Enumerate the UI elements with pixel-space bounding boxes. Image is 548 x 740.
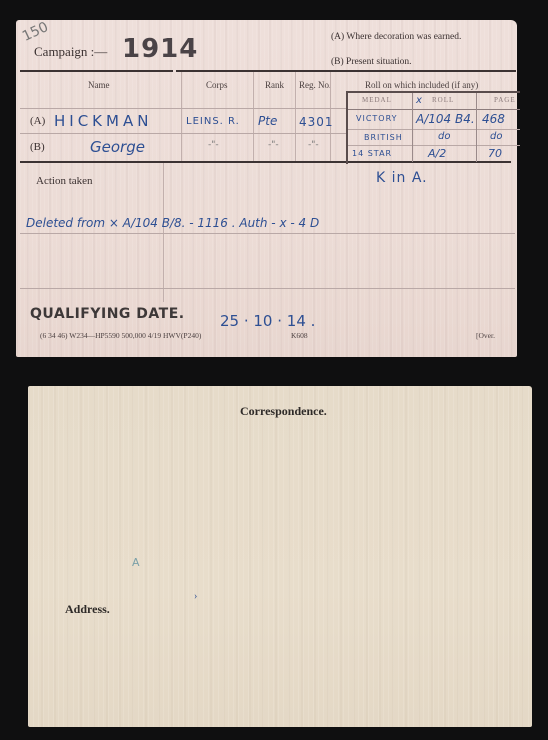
rule xyxy=(20,133,346,134)
pencil-reference-number: 150 xyxy=(20,19,51,45)
medal-roll: A/2 xyxy=(428,147,446,160)
rule xyxy=(20,108,346,109)
action-status: K in A. xyxy=(376,170,428,186)
rule xyxy=(20,70,173,72)
column-header-rank: Rank xyxy=(265,80,284,90)
column-divider xyxy=(253,72,254,162)
medal-name: VICTORY xyxy=(356,114,398,123)
column-header-name: Name xyxy=(88,80,110,90)
regimental-number: 4301 xyxy=(299,115,334,129)
medal-index-card-back: Correspondence. A › Address. xyxy=(28,386,532,727)
rule xyxy=(348,109,520,110)
rule xyxy=(176,70,516,72)
roll-header-page: PAGE xyxy=(494,96,516,104)
action-taken-label: Action taken xyxy=(36,175,93,187)
reg-no-ditto: -"- xyxy=(308,140,319,150)
roll-header-roll: ROLL xyxy=(432,96,454,104)
medal-name: 14 STAR xyxy=(352,149,392,158)
legend-b: (B) Present situation. xyxy=(331,57,411,67)
roll-header-medal: MEDAL xyxy=(362,96,392,104)
address-label: Address. xyxy=(65,602,110,617)
row-b-marker: (B) xyxy=(30,141,45,153)
correspondence-heading: Correspondence. xyxy=(240,404,327,419)
rule xyxy=(348,129,520,130)
over-label: [Over. xyxy=(476,331,495,340)
medal-name: BRITISH xyxy=(364,133,403,142)
medal-page: 70 xyxy=(488,147,502,160)
medal-page: do xyxy=(490,131,502,142)
rule xyxy=(348,145,520,146)
campaign-label: Campaign :— xyxy=(34,44,107,60)
rule xyxy=(20,233,515,234)
column-header-reg-no: Reg. No. xyxy=(299,80,331,90)
medal-roll-table: MEDAL x ROLL PAGE VICTORY A/104 B4. 468 … xyxy=(346,91,520,164)
column-divider xyxy=(295,72,296,162)
row-a-marker: (A) xyxy=(30,115,45,127)
campaign-year: 1914 xyxy=(122,34,198,64)
column-divider xyxy=(181,72,182,162)
legend-a: (A) Where decoration was earned. xyxy=(331,32,461,42)
ink-tick-icon: › xyxy=(194,591,197,602)
medal-page: 468 xyxy=(482,112,505,126)
roll-header-mark: x xyxy=(416,95,422,106)
corps-ditto: -"- xyxy=(208,140,219,150)
print-code: (6 34 46) W234—HP5590 500,000 4/19 HWV(P… xyxy=(40,331,201,340)
column-divider xyxy=(412,93,413,162)
action-note: Deleted from × A/104 B/8. - 1116 . Auth … xyxy=(26,216,319,230)
rank-ditto: -"- xyxy=(268,140,279,150)
faint-ink-mark: A xyxy=(132,556,140,569)
medal-roll: A/104 B4. xyxy=(416,112,475,126)
medal-index-card-front: 150 Campaign :— 1914 (A) Where decoratio… xyxy=(16,20,517,357)
corps: LEINS. R. xyxy=(186,116,240,127)
column-divider xyxy=(476,93,477,162)
rank: Pte xyxy=(258,114,277,128)
forename: George xyxy=(90,138,145,156)
rule xyxy=(20,288,515,289)
qualifying-date-label: QUALIFYING DATE. xyxy=(30,306,185,322)
form-code: K608 xyxy=(291,331,308,340)
column-divider xyxy=(163,162,164,302)
qualifying-date: 25 · 10 · 14 . xyxy=(220,312,315,330)
surname: HICKMAN xyxy=(54,112,152,130)
column-header-roll: Roll on which included (if any) xyxy=(365,80,478,90)
column-header-corps: Corps xyxy=(206,80,228,90)
medal-roll: do xyxy=(438,131,450,142)
